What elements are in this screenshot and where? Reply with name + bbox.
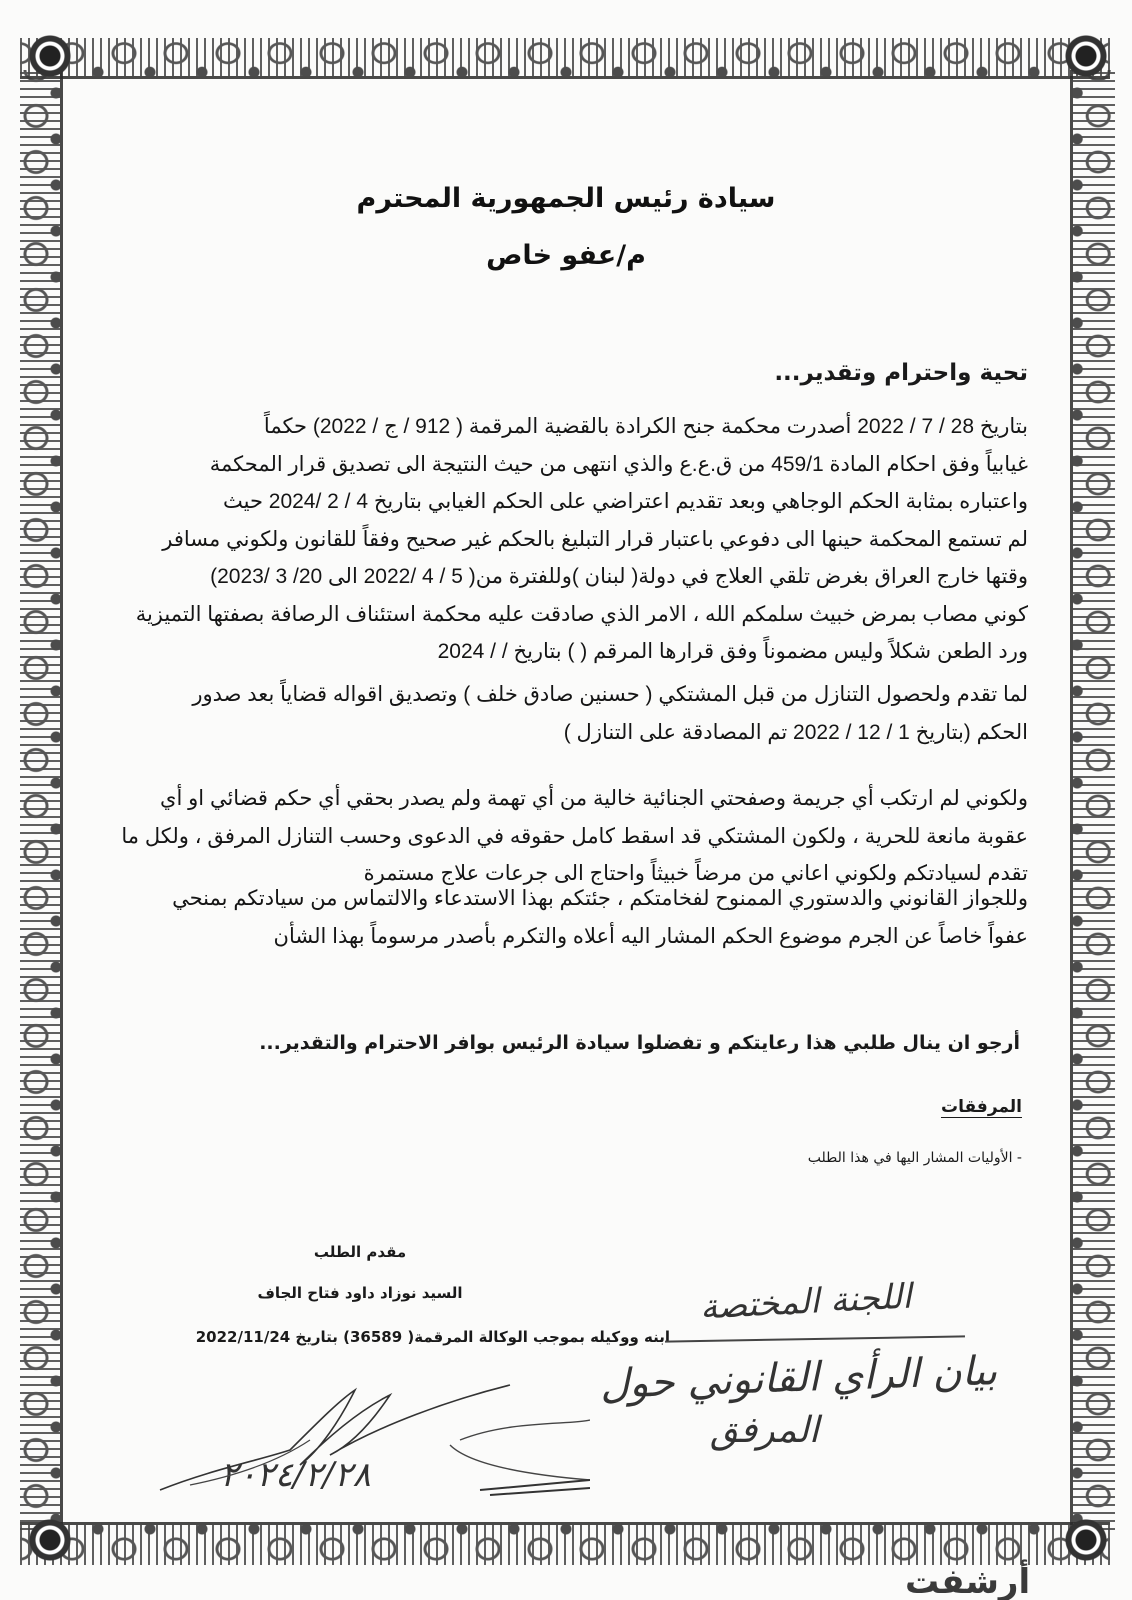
paragraph-line: بتاريخ 28 / 7 / 2022 أصدرت محكمة جنح الك… [100,408,1028,446]
paragraph-request: وللجواز القانوني والدستوري الممنوح لفخام… [100,880,1028,955]
paragraph-line: واعتباره بمثابة الحكم الوجاهي وبعد تقديم… [100,483,1028,521]
paragraph-line: الحكم (بتاريخ 1 / 12 / 2022 تم المصادقة … [100,714,1028,752]
corner-ornament-icon [1058,1512,1114,1568]
handwritten-instruction-2: المرفق [710,1410,819,1451]
paragraph-line: لم تستمع المحكمة حينها الى دفوعي باعتبار… [100,521,1028,559]
applicant-name: السيد نوزاد داود فتاح الجاف [230,1284,490,1302]
paragraph-line: لما تقدم ولحصول التنازل من قبل المشتكي (… [100,676,1028,714]
paragraph-line: ورد الطعن شكلاً وليس مضموناً وفق قرارها … [100,633,1028,671]
handwritten-instruction: بيان الرأي القانوني حول [599,1348,998,1408]
paragraph-record: ولكوني لم ارتكب أي جريمة وصفحتي الجنائية… [100,780,1028,893]
ornamental-border-bottom [20,1522,1110,1565]
document-page: سيادة رئيس الجمهورية المحترم م/عفو خاص ت… [0,0,1132,1600]
attachments-heading: المرفقات [941,1097,1022,1117]
signature-icon [150,1380,590,1500]
corner-ornament-icon [1058,28,1114,84]
ornamental-border-right [1070,70,1115,1530]
handwritten-addressee: اللجنة المختصة [699,1276,912,1327]
corner-ornament-icon [22,1512,78,1568]
attachment-item: - الأوليات المشار اليها في هذا الطلب [808,1150,1022,1166]
ornamental-border-top [20,38,1110,79]
applicant-role: مقدم الطلب [300,1243,420,1261]
handwritten-underline [665,1335,965,1342]
agent-line: ابنه ووكيله بموجب الوكالة المرقمة( 36589… [110,1328,670,1346]
paragraph-line: غيابياً وفق احكام المادة 459/1 من ق.ع.ع … [100,446,1028,484]
closing-remark: أرجو ان ينال طلبي هذا رعايتكم و تفضلوا س… [259,1032,1020,1054]
paragraph-line: ولكوني لم ارتكب أي جريمة وصفحتي الجنائية… [100,780,1028,818]
paragraph-line: وللجواز القانوني والدستوري الممنوح لفخام… [100,880,1028,918]
paragraph-waiver: لما تقدم ولحصول التنازل من قبل المشتكي (… [100,676,1028,751]
greeting: تحية واحترام وتقدير... [774,360,1028,386]
recipient-heading: سيادة رئيس الجمهورية المحترم [0,183,1132,214]
subject-heading: م/عفو خاص [0,240,1132,271]
paragraph-line: وقتها خارج العراق بغرض تلقي العلاج في دو… [100,558,1028,596]
paragraph-line: عقوبة مانعة للحرية ، ولكون المشتكي قد اس… [100,818,1028,856]
ornamental-border-left [20,70,63,1530]
paragraph-line: عفواً خاصاً عن الجرم موضوع الحكم المشار … [100,918,1028,956]
paragraph-line: كوني مصاب بمرض خبيث سلمكم الله ، الامر ا… [100,596,1028,634]
paragraph-verdict-details: بتاريخ 28 / 7 / 2022 أصدرت محكمة جنح الك… [100,408,1028,671]
archived-stamp: أرشفت [905,1562,1030,1600]
corner-ornament-icon [22,28,78,84]
